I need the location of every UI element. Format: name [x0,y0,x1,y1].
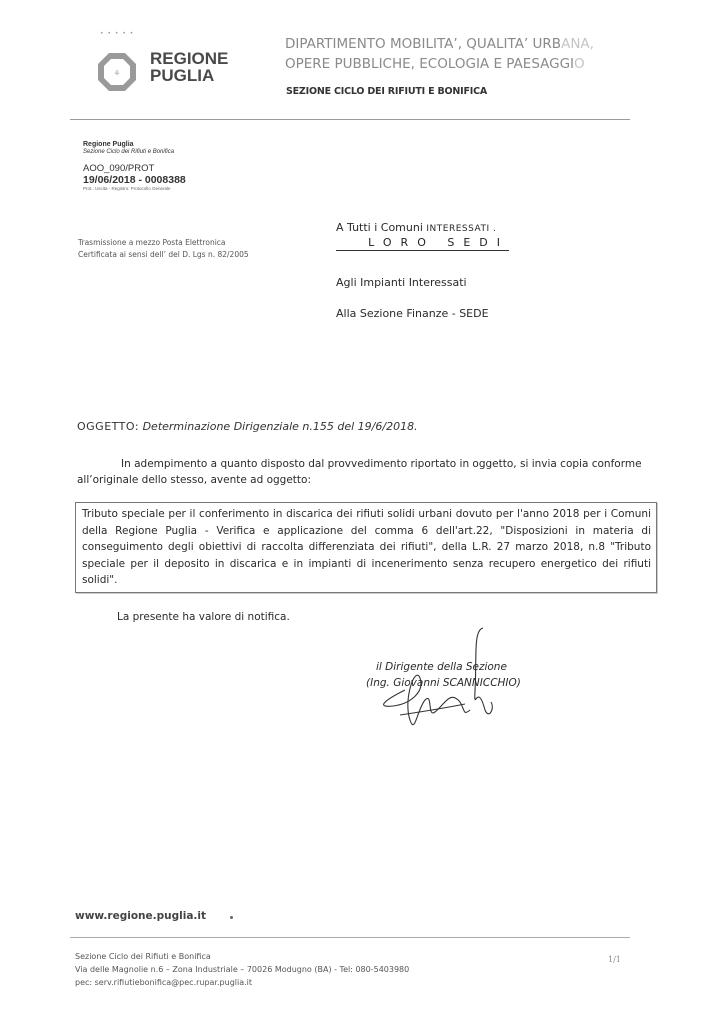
scan-dot [230,916,233,919]
subject-line: OGGETTO: Determinazione Dirigenziale n.1… [77,420,418,433]
recipient-impianti: Agli Impianti Interessati [336,276,467,289]
stamp-line1: Regione Puglia [83,141,186,148]
body-paragraph: In adempimento a quanto disposto dal pro… [77,456,642,488]
recipient-loro-sedi: LORO SEDI [336,236,509,251]
stamp-protocol-number: 19/06/2018 - 0008388 [83,174,186,186]
notification-text: La presente ha valore di notifica. [117,611,290,623]
transmission-line1: Trasmissione a mezzo Posta Elettronica [78,237,249,249]
footer-section: Sezione Ciclo dei Rifiuti e Bonifica [75,950,409,963]
department-line1: DIPARTIMENTO MOBILITA’, QUALITA’ URB [285,36,561,52]
signer-name: (Ing. Giovanni SCANNICCHIO) [366,675,521,691]
transmission-line2: Certificata ai sensi dell’ del D. Lgs n.… [78,249,249,261]
page-number: 1/1 [608,955,621,964]
department-name: DIPARTIMENTO MOBILITA’, QUALITA’ URBANA,… [285,34,594,74]
footer-contact: Sezione Ciclo dei Rifiuti e Bonifica Via… [75,950,409,989]
department-line2-fade: O [574,56,585,72]
logo-crown-dots: • • • • • [100,30,134,37]
stamp-aoo: AOO_090/PROT [83,163,186,174]
logo-line1: REGIONE [150,50,228,67]
recipient-comuni-handwritten: INTERESSATI . [426,224,496,234]
header-divider [70,119,630,120]
recipient-comuni-typed: A Tutti i Comuni [336,221,426,234]
subject-label: OGGETTO: [77,420,139,433]
subject-text: Determinazione Dirigenziale n.155 del 19… [143,420,418,433]
signer-title: il Dirigente della Sezione [366,659,521,675]
footer-divider [70,937,630,938]
section-heading: SEZIONE CICLO DEI RIFIUTI E BONIFICA [286,86,487,97]
regione-puglia-emblem-icon: ⚘ [97,52,137,92]
svg-text:⚘: ⚘ [113,69,120,78]
protocol-stamp: Regione Puglia Sezione Ciclo dei Rifiuti… [83,141,186,191]
logo-line2: PUGLIA [150,67,228,84]
body-paragraph-text: In adempimento a quanto disposto dal pro… [77,458,642,486]
website-link[interactable]: www.regione.puglia.it [75,910,206,922]
stamp-line2: Sezione Ciclo dei Rifiuti e Bonifica [83,149,186,155]
signature-block: il Dirigente della Sezione (Ing. Giovann… [366,659,521,691]
department-line1-fade: ANA, [561,36,594,52]
logo-text: REGIONE PUGLIA [150,50,228,84]
transmission-note: Trasmissione a mezzo Posta Elettronica C… [78,237,249,261]
footer-address: Via delle Magnolie n.6 – Zona Industrial… [75,963,409,976]
department-line2: OPERE PUBBLICHE, ECOLOGIA E PAESAGGI [285,56,574,72]
stamp-register: Prot.: Uscita - Registro: Protocollo Gen… [83,186,186,191]
boxed-subject-text: Tributo speciale per il conferimento in … [75,502,657,593]
recipient-sezione-finanze: Alla Sezione Finanze - SEDE [336,307,489,320]
footer-pec[interactable]: pec: serv.rifiutiebonifica@pec.rupar.pug… [75,976,409,989]
recipient-comuni: A Tutti i Comuni INTERESSATI . [336,221,496,234]
